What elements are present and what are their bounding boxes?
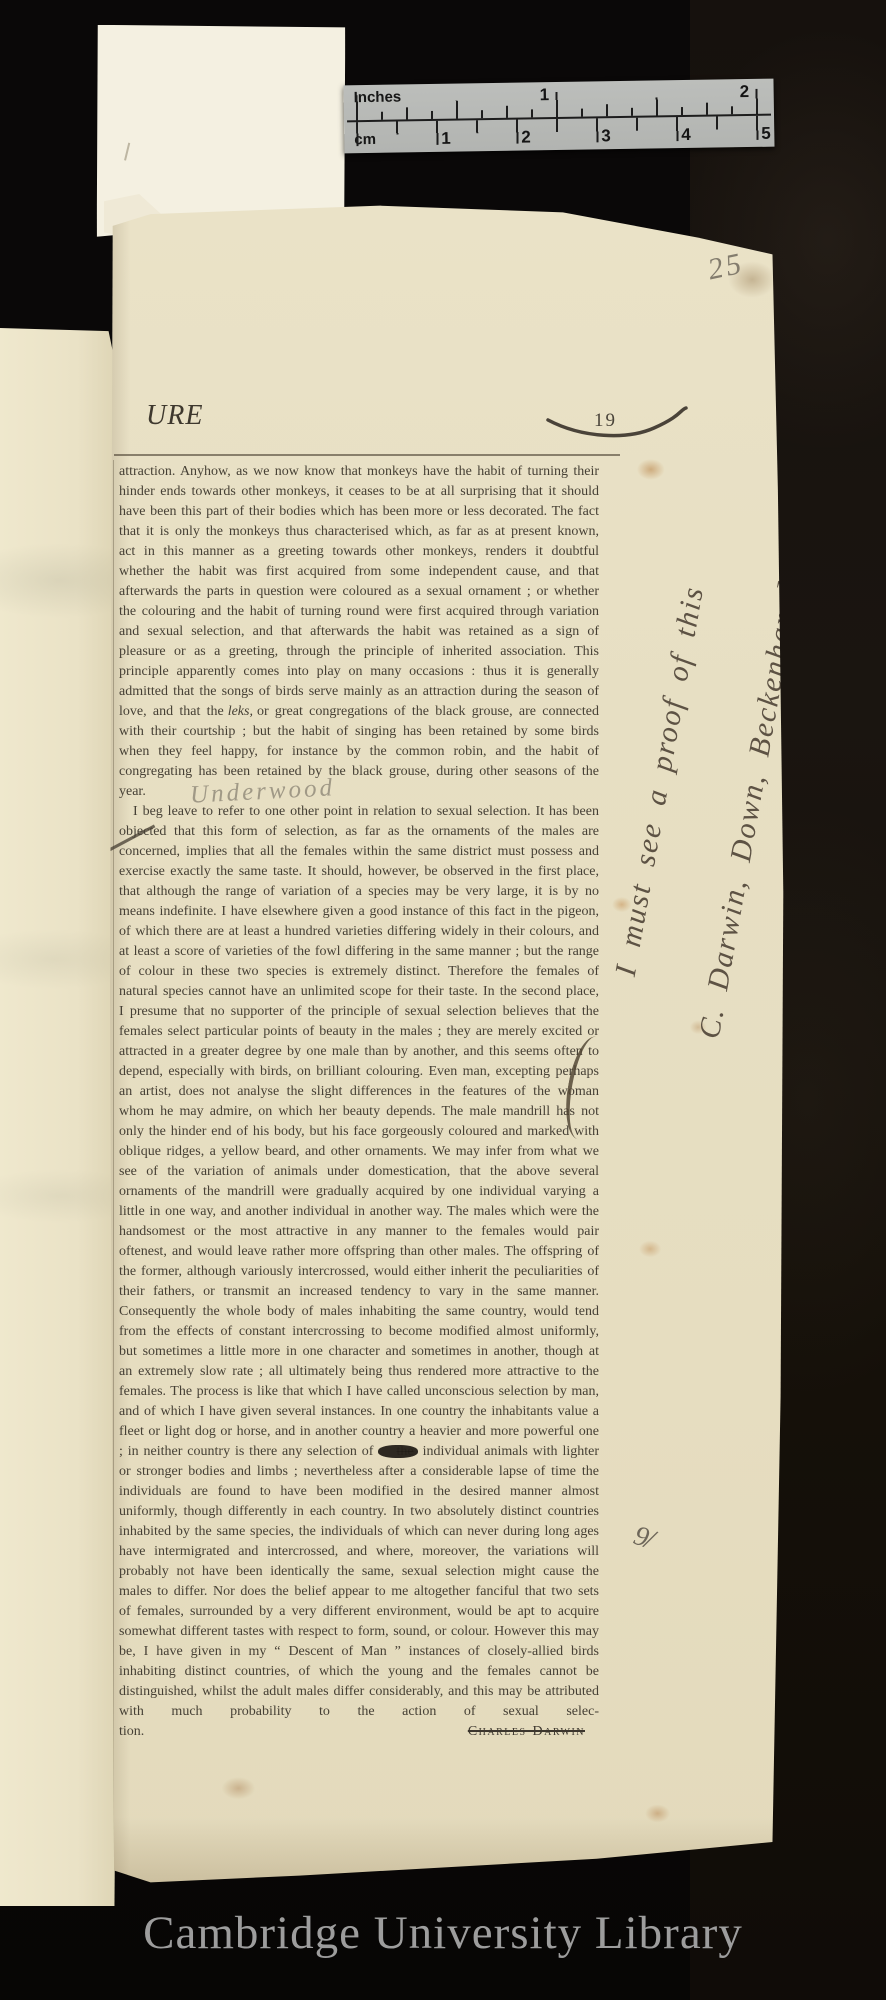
paragraph-1: attraction. Anyhow, as we now know that …	[119, 462, 599, 802]
ruler-cm-3: 3	[601, 126, 611, 146]
backing-sheet-edge	[0, 328, 118, 1906]
final-line: tion. Charles Darwin	[119, 1722, 599, 1742]
pencil-folio-number: 25	[705, 247, 747, 288]
header-rule	[114, 454, 620, 456]
pencil-mark-9: 9/	[629, 1520, 656, 1556]
paragraph-2-text-cont: individual animals with lighter or stron…	[119, 1444, 599, 1719]
ink-margin-note-line-1: I must see a proof of this	[574, 384, 746, 1178]
article-column: attraction. Anyhow, as we now know that …	[119, 462, 599, 1742]
ruler-cm-2: 2	[521, 127, 531, 147]
pencil-tick-mark	[124, 143, 130, 161]
page-number-strike-mark	[542, 398, 692, 448]
ruler-cm-5: 5	[761, 124, 771, 144]
news-clipping: 25 URE 19 attraction. Anyhow, as we now …	[110, 204, 786, 1884]
final-line-text: tion.	[119, 1722, 144, 1742]
italic-word-leks: leks,	[228, 704, 253, 719]
paragraph-2: I beg leave to refer to one other point …	[119, 802, 599, 1722]
ruler-cm-1: 1	[441, 129, 451, 149]
paragraph-1-text: attraction. Anyhow, as we now know that …	[119, 464, 599, 719]
masthead-fragment: URE	[146, 400, 203, 432]
library-watermark: Cambridge University Library	[0, 1906, 886, 1960]
ruler-inch-2: 2	[739, 82, 749, 102]
author-signature-struck: Charles Darwin	[464, 1722, 599, 1742]
measurement-ruler: Inches cm 1 2 1 2 3 4 5	[343, 79, 774, 154]
ruler-inch-1: 1	[540, 85, 550, 105]
ruler-cm-ticks	[356, 116, 759, 146]
ruler-cm-4: 4	[681, 125, 691, 145]
paragraph-2-text: I beg leave to refer to one other point …	[119, 804, 599, 1459]
inked-out-word: the	[378, 1445, 417, 1458]
column-divider-rule	[113, 460, 114, 1860]
page-number: 19	[594, 410, 617, 432]
photograph-canvas: Inches cm 1 2 1 2 3 4 5 25 URE 19 attrac…	[0, 0, 886, 2000]
